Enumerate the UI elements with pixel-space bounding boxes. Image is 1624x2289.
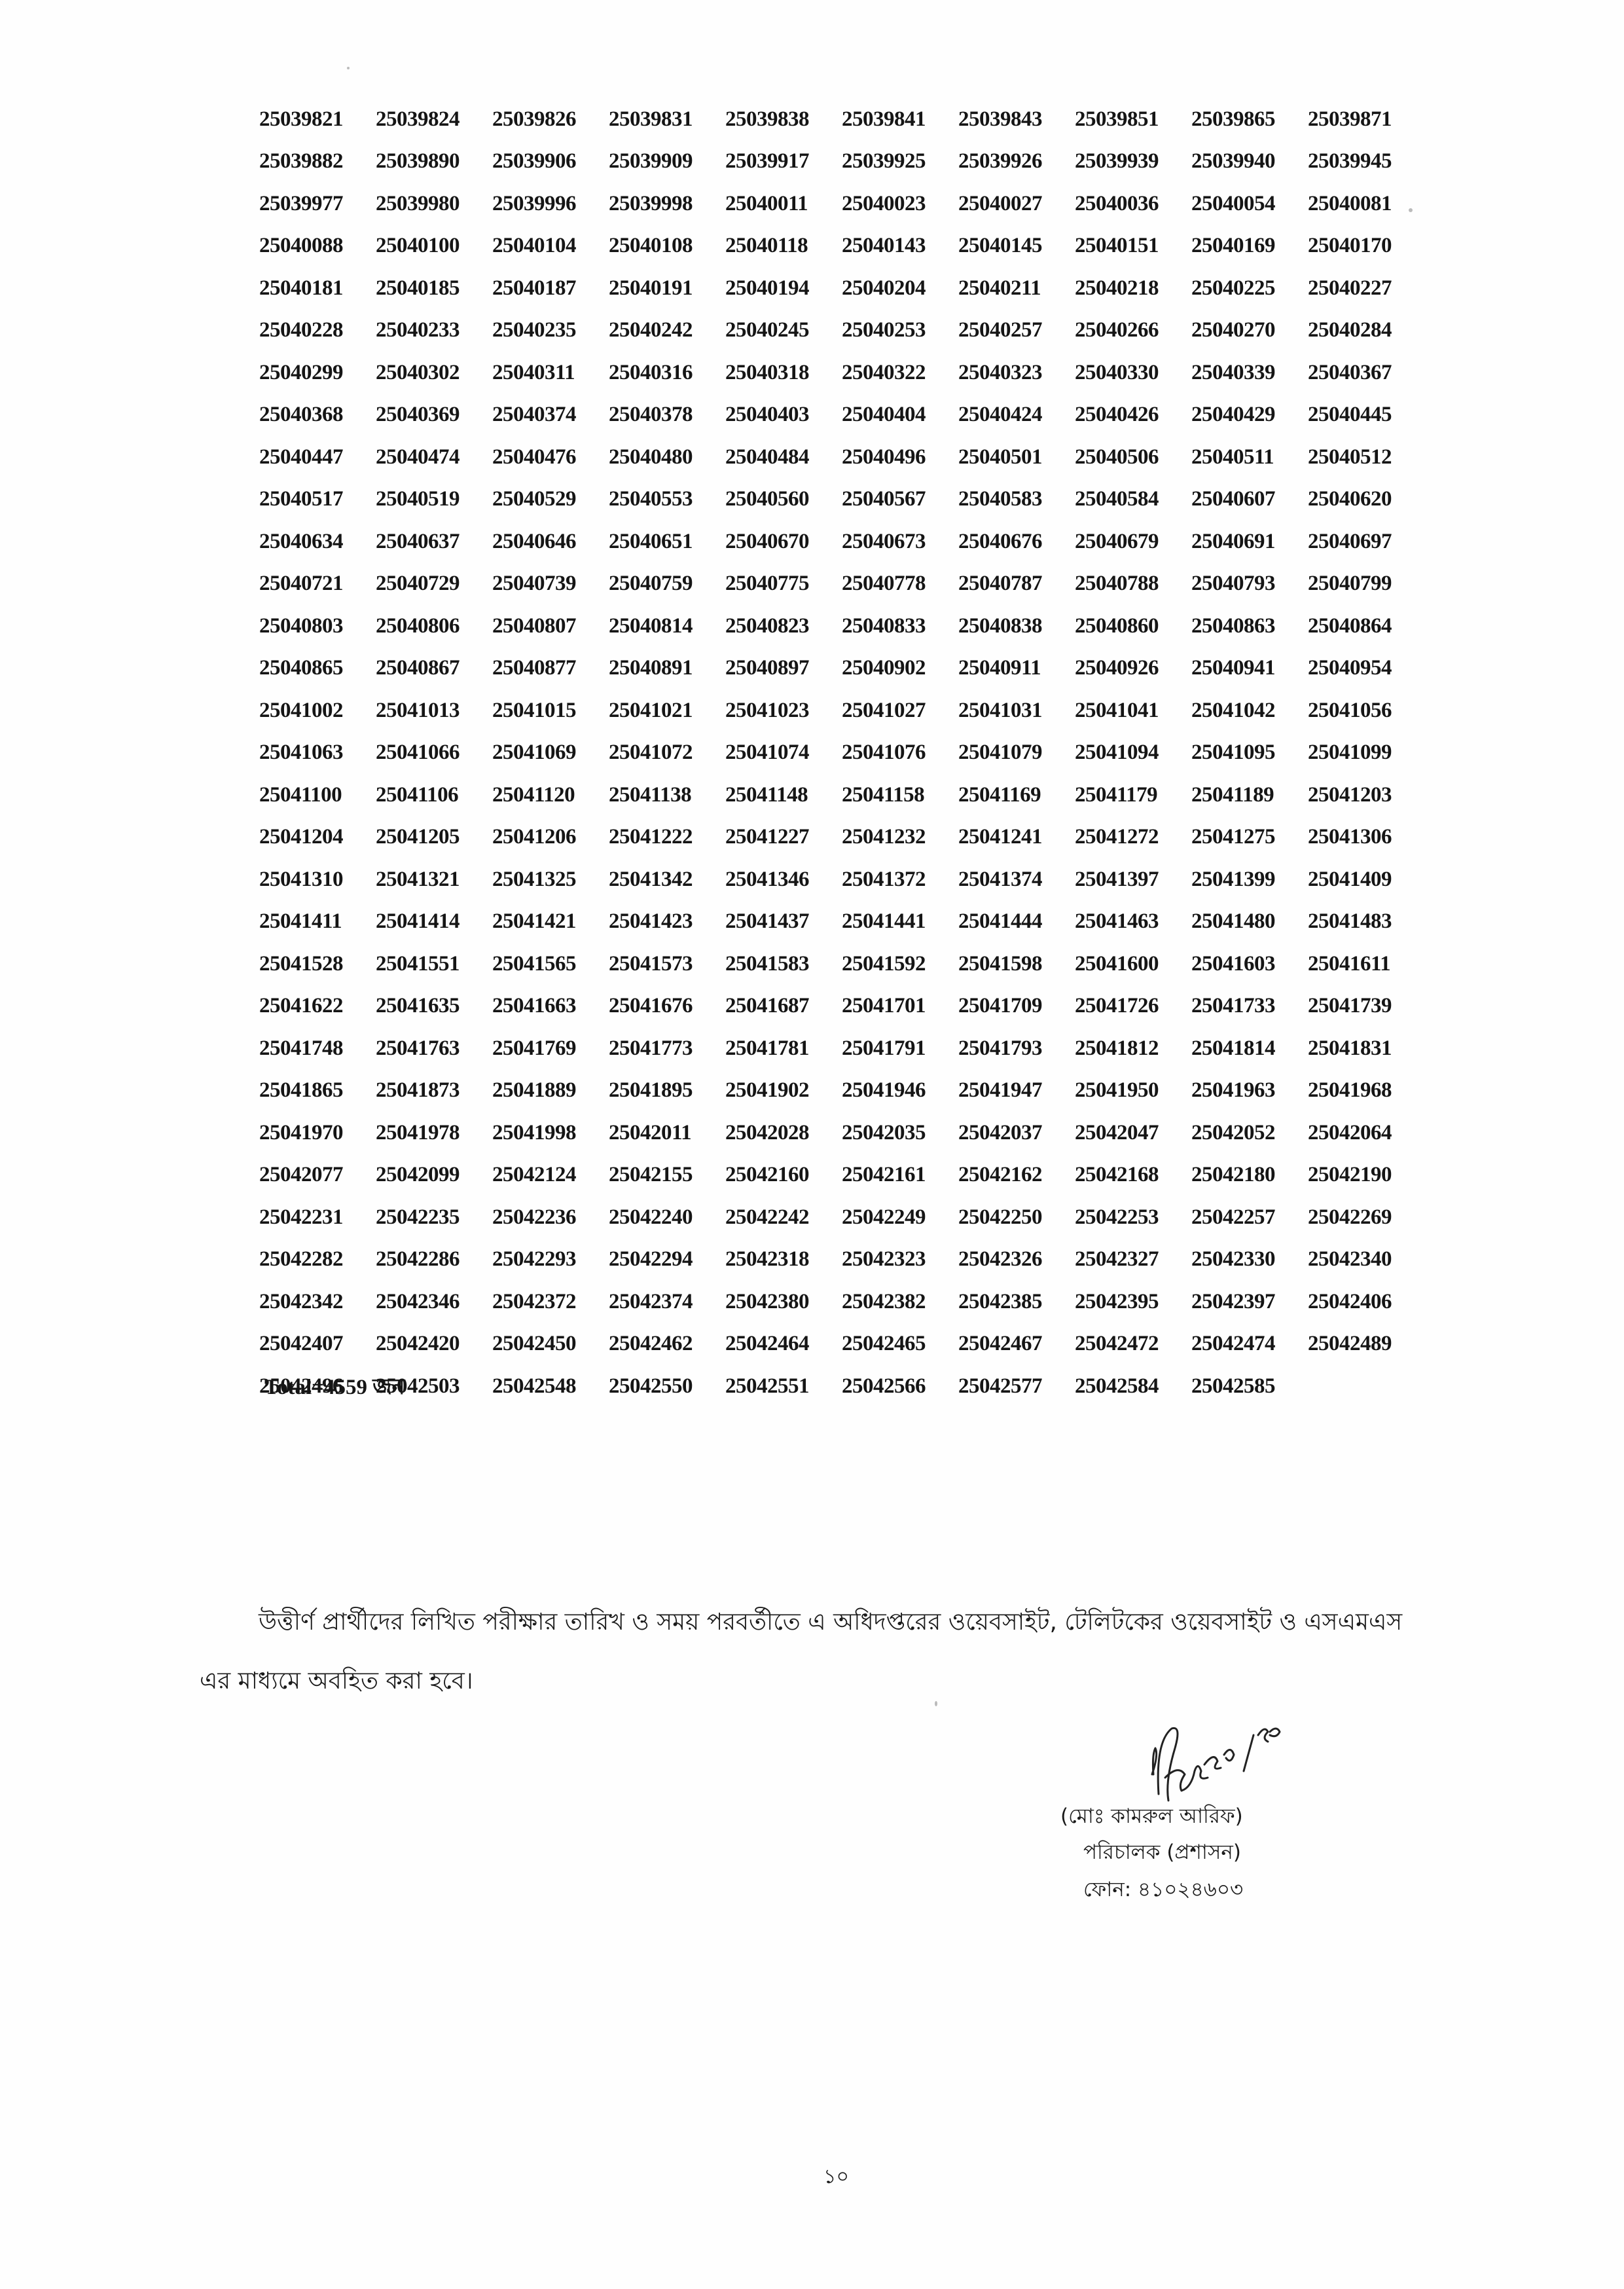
roll-number: 25042249 [842, 1205, 958, 1230]
roll-number: 25040778 [842, 572, 958, 596]
roll-number: 25040902 [842, 656, 958, 680]
roll-number: 25041865 [259, 1078, 376, 1103]
roll-number: 25041528 [259, 952, 376, 976]
roll-number: 25041222 [609, 825, 725, 849]
roll-number: 25042326 [958, 1247, 1075, 1272]
roll-number: 25042282 [259, 1247, 376, 1272]
roll-number: 25040403 [725, 403, 842, 427]
roll-number: 25042052 [1191, 1121, 1308, 1145]
roll-number: 25041598 [958, 952, 1075, 976]
roll-number: 25042257 [1191, 1205, 1308, 1230]
roll-row: 2504162225041635250416632504167625041687… [259, 985, 1424, 1028]
roll-number: 25041676 [609, 994, 725, 1018]
roll-number: 25042253 [1075, 1205, 1191, 1230]
roll-number: 25041726 [1075, 994, 1191, 1018]
roll-number: 25041950 [1075, 1078, 1191, 1103]
roll-number: 25039865 [1191, 107, 1308, 132]
roll-row: 2504086525040867250408772504089125040897… [259, 648, 1424, 690]
roll-number: 25040911 [958, 656, 1075, 680]
roll-number: 25039843 [958, 107, 1075, 132]
roll-number: 25040270 [1191, 318, 1308, 342]
roll-number: 25041100 [259, 783, 376, 807]
roll-number: 25042160 [725, 1163, 842, 1187]
roll-number: 25039871 [1308, 107, 1424, 132]
roll-number: 25040318 [725, 361, 842, 385]
roll-row: 2504152825041551250415652504157325041583… [259, 943, 1424, 985]
roll-number: 25041189 [1191, 783, 1308, 807]
roll-number: 25041095 [1191, 741, 1308, 765]
roll-number: 25042269 [1308, 1205, 1424, 1230]
roll-number: 25041205 [376, 825, 492, 849]
roll-number: 25042077 [259, 1163, 376, 1187]
roll-number: 25041812 [1075, 1036, 1191, 1061]
roll-number: 25040721 [259, 572, 376, 596]
roll-number: 25042489 [1308, 1332, 1424, 1356]
roll-number: 25040788 [1075, 572, 1191, 596]
roll-row: 2504072125040729250407392504075925040775… [259, 563, 1424, 606]
roll-number: 25040954 [1308, 656, 1424, 680]
roll-number: 25039841 [842, 107, 958, 132]
roll-number: 25040553 [609, 487, 725, 511]
roll-number: 25040877 [492, 656, 609, 680]
roll-number: 25041895 [609, 1078, 725, 1103]
roll-number: 25042064 [1308, 1121, 1424, 1145]
roll-row: 2504186525041873250418892504189525041902… [259, 1070, 1424, 1112]
roll-number: 25040187 [492, 276, 609, 301]
roll-row: 2504228225042286250422932504229425042318… [259, 1239, 1424, 1281]
roll-number: 25040316 [609, 361, 725, 385]
roll-number: 25041687 [725, 994, 842, 1018]
roll-number: 25041978 [376, 1121, 492, 1145]
roll-number: 25040257 [958, 318, 1075, 342]
roll-number: 25042161 [842, 1163, 958, 1187]
roll-number: 25039980 [376, 192, 492, 216]
roll-number: 25039925 [842, 149, 958, 174]
roll-number: 25042474 [1191, 1332, 1308, 1356]
roll-number: 25041138 [609, 783, 725, 807]
roll-number: 25041902 [725, 1078, 842, 1103]
roll-number: 25041709 [958, 994, 1075, 1018]
roll-number: 25040299 [259, 361, 376, 385]
roll-number: 25041441 [842, 909, 958, 934]
roll-number: 25040323 [958, 361, 1075, 385]
roll-number: 25042236 [492, 1205, 609, 1230]
roll-row: 2504131025041321250413252504134225041346… [259, 858, 1424, 901]
roll-number: 25040011 [725, 192, 842, 216]
roll-number: 25041206 [492, 825, 609, 849]
roll-row: 2504008825040100250401042504010825040118… [259, 225, 1424, 268]
roll-row: 2504120425041205250412062504122225041227… [259, 816, 1424, 859]
roll-number: 25041947 [958, 1078, 1075, 1103]
roll-number: 25041551 [376, 952, 492, 976]
roll-number: 25042465 [842, 1332, 958, 1356]
roll-number: 25041600 [1075, 952, 1191, 976]
roll-number: 25041565 [492, 952, 609, 976]
roll-number: 25040512 [1308, 445, 1424, 469]
roll-number: 25039945 [1308, 149, 1424, 174]
roll-number: 25040484 [725, 445, 842, 469]
roll-number: 25041321 [376, 868, 492, 892]
roll-number: 25040670 [725, 530, 842, 554]
document-page: 2503982125039824250398262503983125039838… [0, 0, 1624, 2289]
signature-block: (মোঃ কামরুল আরিফ) পরিচালক (প্রশাসন) ফোন:… [1021, 1702, 1414, 1912]
roll-number: 25041399 [1191, 868, 1308, 892]
roll-number: 25041733 [1191, 994, 1308, 1018]
roll-number: 25040447 [259, 445, 376, 469]
roll-row: 2503988225039890250399062503990925039917… [259, 141, 1424, 183]
roll-number: 25041021 [609, 699, 725, 723]
roll-number: 25042342 [259, 1290, 376, 1314]
roll-number: 25041409 [1308, 868, 1424, 892]
roll-number: 25040607 [1191, 487, 1308, 511]
roll-number: 25041179 [1075, 783, 1191, 807]
roll-number: 25042242 [725, 1205, 842, 1230]
roll-number: 25040679 [1075, 530, 1191, 554]
roll-number: 25040367 [1308, 361, 1424, 385]
roll-number: 25041583 [725, 952, 842, 976]
roll-number: 25039977 [259, 192, 376, 216]
roll-number: 25040860 [1075, 614, 1191, 638]
roll-number: 25041970 [259, 1121, 376, 1145]
roll-number: 25042011 [609, 1121, 725, 1145]
roll-number: 25040118 [725, 234, 842, 258]
roll-number: 25040584 [1075, 487, 1191, 511]
roll-number: 25040081 [1308, 192, 1424, 216]
roll-number: 25040864 [1308, 614, 1424, 638]
roll-number: 25041998 [492, 1121, 609, 1145]
roll-number: 25040225 [1191, 276, 1308, 301]
roll-number: 25041748 [259, 1036, 376, 1061]
roll-number: 25040496 [842, 445, 958, 469]
roll-number: 25042286 [376, 1247, 492, 1272]
roll-number: 25040374 [492, 403, 609, 427]
roll-number: 25041781 [725, 1036, 842, 1061]
roll-number: 25039838 [725, 107, 842, 132]
notice-line-2: এর মাধ্যমে অবহিত করা হবে। [200, 1663, 473, 1702]
roll-number: 25041342 [609, 868, 725, 892]
roll-number: 25042180 [1191, 1163, 1308, 1187]
roll-number: 25040891 [609, 656, 725, 680]
roll-number: 25040054 [1191, 192, 1308, 216]
roll-number: 25041158 [842, 783, 958, 807]
roll-number: 25040191 [609, 276, 725, 301]
roll-number: 25040218 [1075, 276, 1191, 301]
roll-row: 2504080325040806250408072504081425040823… [259, 605, 1424, 648]
roll-number: 25040799 [1308, 572, 1424, 596]
roll-number: 25040519 [376, 487, 492, 511]
roll-number: 25041275 [1191, 825, 1308, 849]
roll-number: 25040242 [609, 318, 725, 342]
roll-number: 25042584 [1075, 1374, 1191, 1399]
roll-number: 25041414 [376, 909, 492, 934]
roll-number: 25040867 [376, 656, 492, 680]
roll-number: 25040151 [1075, 234, 1191, 258]
roll-number: 25040143 [842, 234, 958, 258]
scan-speck [935, 1701, 937, 1706]
roll-number: 25041041 [1075, 699, 1191, 723]
roll-number: 25040322 [842, 361, 958, 385]
roll-number: 25040445 [1308, 403, 1424, 427]
roll-row: 2504100225041013250410152504102125041023… [259, 689, 1424, 732]
roll-number: 25040926 [1075, 656, 1191, 680]
roll-number: 25041094 [1075, 741, 1191, 765]
roll-number: 25042472 [1075, 1332, 1191, 1356]
notice-line-1: উত্তীর্ণ প্রার্থীদের লিখিত পরীক্ষার তারি… [259, 1604, 1402, 1643]
roll-number: 25040501 [958, 445, 1075, 469]
roll-number: 25041968 [1308, 1078, 1424, 1103]
roll-number: 25042323 [842, 1247, 958, 1272]
roll-number: 25040169 [1191, 234, 1308, 258]
roll-number: 25040506 [1075, 445, 1191, 469]
roll-number: 25040729 [376, 572, 492, 596]
roll-number: 25042566 [842, 1374, 958, 1399]
roll-number: 25040529 [492, 487, 609, 511]
roll-number: 25041372 [842, 868, 958, 892]
roll-row: 2504106325041066250410692504107225041074… [259, 732, 1424, 775]
roll-number-grid: 2503982125039824250398262503983125039838… [259, 98, 1424, 1408]
roll-number: 25042250 [958, 1205, 1075, 1230]
roll-number: 25041411 [259, 909, 376, 934]
roll-number: 25042462 [609, 1332, 725, 1356]
roll-number: 25041946 [842, 1078, 958, 1103]
roll-number: 25040567 [842, 487, 958, 511]
roll-number: 25040941 [1191, 656, 1308, 680]
roll-number: 25042240 [609, 1205, 725, 1230]
roll-number: 25040284 [1308, 318, 1424, 342]
signatory-phone: ফোন: ৪১০২৪৬০৩ [1083, 1874, 1243, 1908]
roll-row: 2504141125041414250414212504142325041437… [259, 901, 1424, 943]
roll-number: 25040833 [842, 614, 958, 638]
roll-number: 25040368 [259, 403, 376, 427]
roll-number: 25040897 [725, 656, 842, 680]
roll-number: 25040145 [958, 234, 1075, 258]
roll-number: 25039831 [609, 107, 725, 132]
roll-number: 25041889 [492, 1078, 609, 1103]
roll-number: 25041325 [492, 868, 609, 892]
roll-number: 25042450 [492, 1332, 609, 1356]
roll-row: 2504174825041763250417692504177325041781… [259, 1027, 1424, 1070]
roll-number: 25040426 [1075, 403, 1191, 427]
roll-number: 25040104 [492, 234, 609, 258]
roll-number: 25040088 [259, 234, 376, 258]
roll-number: 25041603 [1191, 952, 1308, 976]
roll-number: 25039998 [609, 192, 725, 216]
roll-number: 25040803 [259, 614, 376, 638]
roll-number: 25041148 [725, 783, 842, 807]
roll-number: 25042385 [958, 1290, 1075, 1314]
roll-row: 2504240725042420250424502504246225042464… [259, 1323, 1424, 1366]
roll-number: 25040676 [958, 530, 1075, 554]
roll-number: 25042372 [492, 1290, 609, 1314]
handwritten-signature-icon [1132, 1715, 1296, 1814]
roll-number: 25041873 [376, 1078, 492, 1103]
roll-number: 25040865 [259, 656, 376, 680]
roll-number: 25040637 [376, 530, 492, 554]
roll-number: 25041074 [725, 741, 842, 765]
roll-number: 25040311 [492, 361, 609, 385]
roll-number: 25041769 [492, 1036, 609, 1061]
roll-number: 25040429 [1191, 403, 1308, 427]
roll-number: 25042318 [725, 1247, 842, 1272]
roll-number: 25039821 [259, 107, 376, 132]
roll-number: 25040787 [958, 572, 1075, 596]
roll-number: 25040480 [609, 445, 725, 469]
roll-number: 25042047 [1075, 1121, 1191, 1145]
roll-number: 25042551 [725, 1374, 842, 1399]
roll-number: 25042550 [609, 1374, 725, 1399]
roll-number: 25042577 [958, 1374, 1075, 1399]
roll-number: 25040424 [958, 403, 1075, 427]
roll-number: 25039824 [376, 107, 492, 132]
roll-number: 25042467 [958, 1332, 1075, 1356]
roll-number: 25042037 [958, 1121, 1075, 1145]
roll-number: 25040807 [492, 614, 609, 638]
roll-number: 25040027 [958, 192, 1075, 216]
roll-number: 25040560 [725, 487, 842, 511]
roll-row: 2504234225042346250423722504237425042380… [259, 1281, 1424, 1323]
roll-number: 25040691 [1191, 530, 1308, 554]
page-number: ১০ [823, 2161, 849, 2194]
roll-number: 25040775 [725, 572, 842, 596]
roll-number: 25041739 [1308, 994, 1424, 1018]
roll-number: 25042407 [259, 1332, 376, 1356]
roll-number: 25041056 [1308, 699, 1424, 723]
roll-number: 25042155 [609, 1163, 725, 1187]
roll-number: 25041483 [1308, 909, 1424, 934]
roll-number: 25040108 [609, 234, 725, 258]
roll-number: 25040233 [376, 318, 492, 342]
roll-row: 2504044725040474250404762504048025040484… [259, 436, 1424, 479]
roll-number: 25041793 [958, 1036, 1075, 1061]
roll-number: 25041076 [842, 741, 958, 765]
roll-number: 25041042 [1191, 699, 1308, 723]
roll-number: 25041622 [259, 994, 376, 1018]
roll-number: 25041963 [1191, 1078, 1308, 1103]
roll-row: 2504036825040369250403742504037825040403… [259, 394, 1424, 437]
roll-number: 25039906 [492, 149, 609, 174]
roll-number: 25040863 [1191, 614, 1308, 638]
roll-number: 25040476 [492, 445, 609, 469]
roll-number: 25039826 [492, 107, 609, 132]
roll-row: 2503997725039980250399962503999825040011… [259, 183, 1424, 225]
roll-number: 25040759 [609, 572, 725, 596]
roll-number: 25041272 [1075, 825, 1191, 849]
roll-row: 2503982125039824250398262503983125039838… [259, 98, 1424, 141]
roll-number: 25042585 [1191, 1374, 1308, 1399]
roll-number: 25041079 [958, 741, 1075, 765]
roll-row: 2504051725040519250405292504055325040560… [259, 479, 1424, 521]
roll-number: 25040806 [376, 614, 492, 638]
roll-number: 25041463 [1075, 909, 1191, 934]
roll-number: 25041763 [376, 1036, 492, 1061]
roll-number: 25041663 [492, 994, 609, 1018]
roll-number: 25042397 [1191, 1290, 1308, 1314]
roll-number: 25042162 [958, 1163, 1075, 1187]
roll-number: 25041814 [1191, 1036, 1308, 1061]
roll-number: 25041310 [259, 868, 376, 892]
roll-number: 25039890 [376, 149, 492, 174]
roll-number: 25040823 [725, 614, 842, 638]
roll-row: 2504063425040637250406462504065125040670… [259, 521, 1424, 563]
roll-number: 25041069 [492, 741, 609, 765]
roll-number: 25040646 [492, 530, 609, 554]
roll-number: 25042340 [1308, 1247, 1424, 1272]
roll-number: 25041635 [376, 994, 492, 1018]
total-count: Total=4559 জন [264, 1370, 405, 1406]
roll-number: 25041423 [609, 909, 725, 934]
roll-number: 25041120 [492, 783, 609, 807]
roll-number: 25041027 [842, 699, 958, 723]
roll-number: 25042168 [1075, 1163, 1191, 1187]
roll-number: 25040620 [1308, 487, 1424, 511]
roll-number: 25040634 [259, 530, 376, 554]
roll-number: 25039926 [958, 149, 1075, 174]
roll-number: 25040697 [1308, 530, 1424, 554]
roll-number: 25040227 [1308, 276, 1424, 301]
roll-number: 25041066 [376, 741, 492, 765]
roll-number: 25042035 [842, 1121, 958, 1145]
roll-number: 25042190 [1308, 1163, 1424, 1187]
roll-number: 25040651 [609, 530, 725, 554]
roll-number: 25039917 [725, 149, 842, 174]
roll-number: 25040302 [376, 361, 492, 385]
roll-row: 2504029925040302250403112504031625040318… [259, 352, 1424, 394]
roll-number: 25041099 [1308, 741, 1424, 765]
roll-number: 25041306 [1308, 825, 1424, 849]
roll-number: 25041002 [259, 699, 376, 723]
roll-number: 25042382 [842, 1290, 958, 1314]
roll-number: 25041072 [609, 741, 725, 765]
roll-number: 25042028 [725, 1121, 842, 1145]
roll-number: 25040474 [376, 445, 492, 469]
roll-number: 25041015 [492, 699, 609, 723]
roll-number: 25041701 [842, 994, 958, 1018]
roll-number: 25040517 [259, 487, 376, 511]
roll-number: 25040838 [958, 614, 1075, 638]
roll-number: 25040339 [1191, 361, 1308, 385]
roll-number: 25041573 [609, 952, 725, 976]
roll-row: 2504110025041106250411202504113825041148… [259, 774, 1424, 816]
signatory-name: (মোঃ কামরুল আরিফ) [1060, 1801, 1243, 1835]
roll-row: 2504197025041978250419982504201125042028… [259, 1112, 1424, 1154]
roll-number: 25042548 [492, 1374, 609, 1399]
roll-number: 25041421 [492, 909, 609, 934]
roll-number: 25041023 [725, 699, 842, 723]
scan-speck [347, 67, 350, 69]
roll-number: 25039909 [609, 149, 725, 174]
roll-number: 25040194 [725, 276, 842, 301]
roll-number: 25040673 [842, 530, 958, 554]
roll-number: 25040211 [958, 276, 1075, 301]
roll-number: 25040245 [725, 318, 842, 342]
roll-row: 2504207725042099250421242504215525042160… [259, 1154, 1424, 1197]
roll-number: 25042330 [1191, 1247, 1308, 1272]
roll-number: 25041106 [376, 783, 492, 807]
roll-number: 25040170 [1308, 234, 1424, 258]
roll-number: 25040023 [842, 192, 958, 216]
roll-number: 25042346 [376, 1290, 492, 1314]
roll-number: 25041592 [842, 952, 958, 976]
roll-number: 25040266 [1075, 318, 1191, 342]
roll-row: 2504022825040233250402352504024225040245… [259, 310, 1424, 352]
roll-number: 25040181 [259, 276, 376, 301]
roll-number: 25041480 [1191, 909, 1308, 934]
roll-number: 25039851 [1075, 107, 1191, 132]
roll-number: 25042464 [725, 1332, 842, 1356]
roll-number: 25040369 [376, 403, 492, 427]
roll-number: 25041444 [958, 909, 1075, 934]
roll-number: 25041227 [725, 825, 842, 849]
